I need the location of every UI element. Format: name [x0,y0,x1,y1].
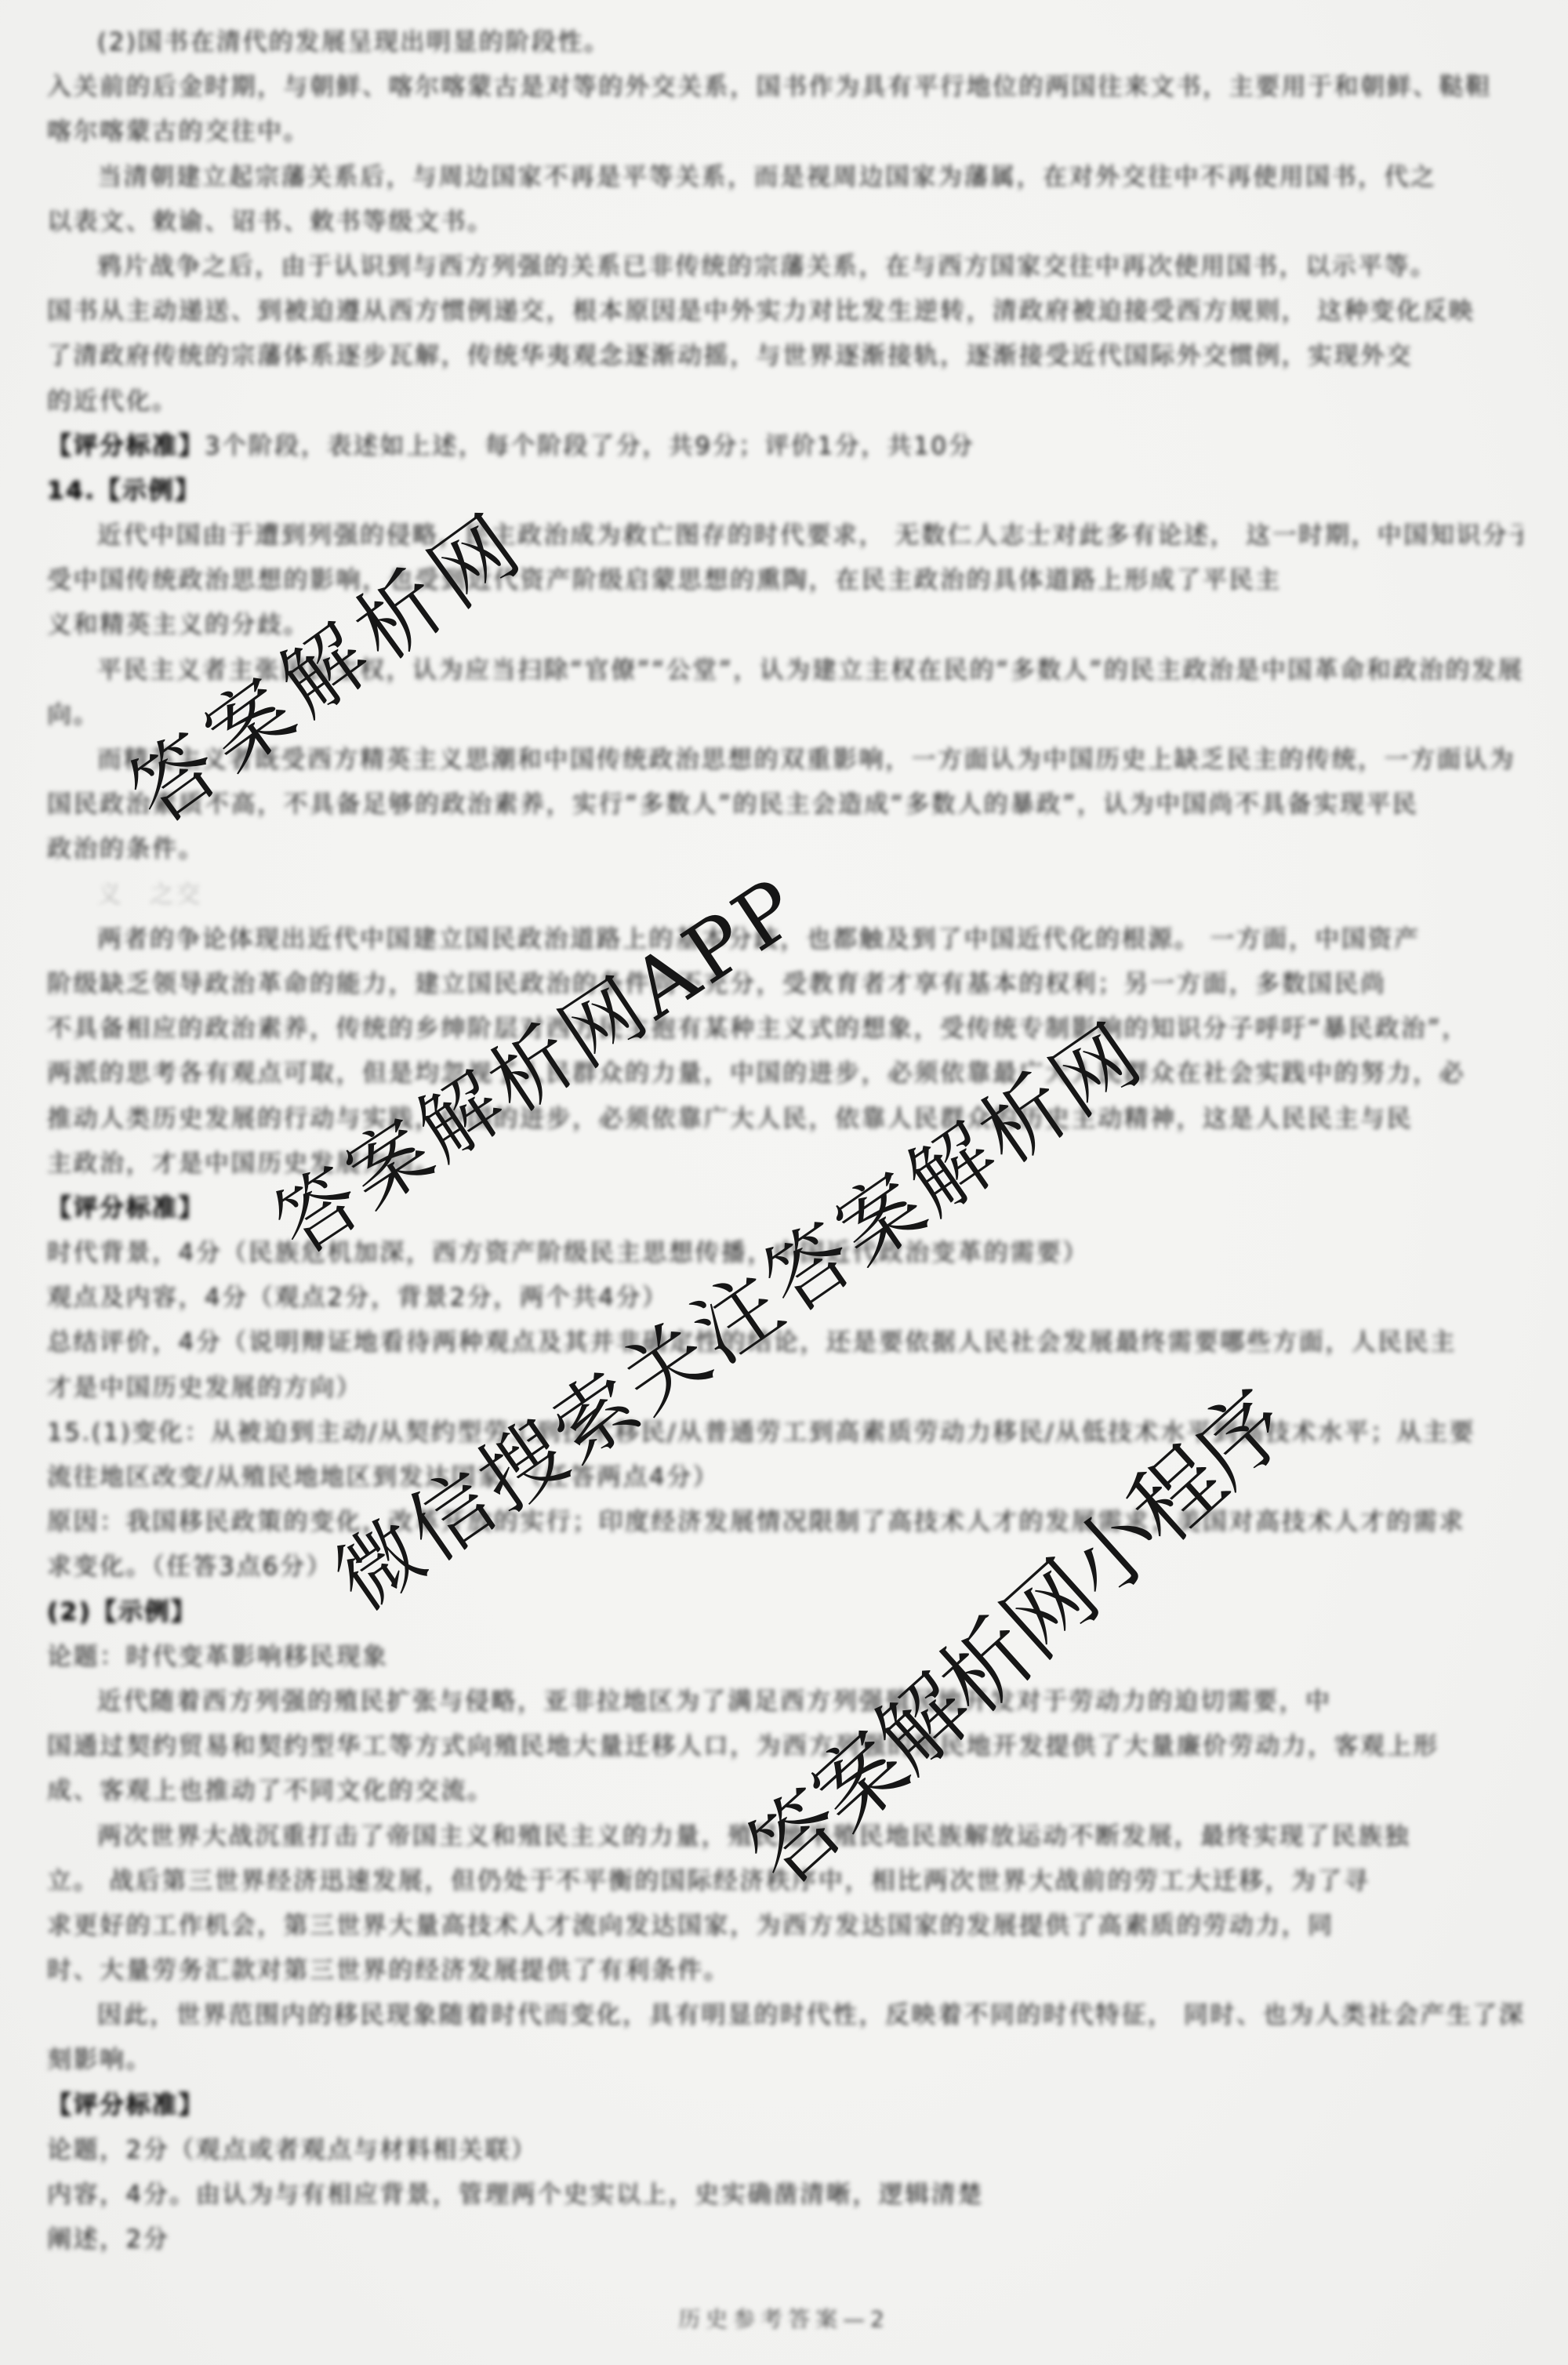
line-text: 受中国传统政治思想的影响，也受到近代资产阶级启蒙思想的熏陶，在民主政治的具体道路… [47,566,1282,594]
line-text: 政治的条件。 [47,835,205,863]
line-text: 时、大量劳务汇款对第三世界的经济发展提供了有利条件。 [47,1956,730,1985]
text-line: 15.(1)变化：从被迫到主动/从契约型劳工到技术移民/从普通劳工到高素质劳动力… [47,1411,1523,1455]
text-line: 流往地区改变/从殖民地地区到发达国家。（任答两点4分） [47,1455,1523,1500]
line-text: 论题，2分（观点或者观点与材料相关联） [47,2136,537,2164]
line-text: 以表文、敕谕、诏书、敕书等级文书。 [47,208,494,236]
text-line: 的近代化。 [47,380,1523,424]
line-text: 主政治，才是中国历史发展方向。 [47,1150,441,1178]
text-line: 国民政治素质不高，不具备足够的政治素养，实行“多数人”的民主会造成“多数人的暴政… [47,783,1523,827]
line-text: 两派的思考各有观点可取，但是均忽视了人民群众的力量，中国的进步，必须依靠最广大人… [47,1059,1465,1088]
line-text: 了清政府传统的宗藩体系逐步瓦解，传统华夷观念逐渐动摇，与世界逐渐接轨，逐渐接受近… [47,342,1413,370]
text-line: 总结评价，4分（说明辩证地看待两种观点及其并非确定性的结论，还是要依据人民社会发… [47,1321,1523,1365]
text-line: 喀尔喀蒙古的交往中。 [47,110,1523,154]
line-text: 近代随着西方列强的殖民扩张与侵略，亚非拉地区为了满足西方列强殖民地开发对于劳动力… [97,1687,1332,1716]
text-line: 主政治，才是中国历史发展方向。 [47,1142,1523,1186]
text-line: 求更好的工作机会，第三世界大量高技术人才流向发达国家，为西方发达国家的发展提供了… [47,1904,1523,1949]
text-line: 两次世界大战沉重打击了帝国主义和殖民主义的力量，殖民地半殖民地民族解放运动不断发… [47,1815,1523,1859]
line-text: 义 之交 [97,881,202,909]
line-text: 论题：时代变革影响移民现象 [47,1643,389,1671]
text-line: 【评分标准】3个阶段，表述如上述，每个阶段了分，共9分；评价1分，共10分 [47,424,1523,469]
text-line: 论题，2分（观点或者观点与材料相关联） [47,2128,1523,2173]
line-text: 15.(1)变化：从被迫到主动/从契约型劳工到技术移民/从普通劳工到高素质劳动力… [47,1419,1475,1447]
line-text: 求变化。（任答3点6分） [47,1553,332,1581]
text-line: 才是中国历史发展的方向） [47,1366,1523,1411]
text-line: 而精英主义者既受西方精英主义思潮和中国传统政治思想的双重影响，一方面认为中国历史… [47,738,1523,783]
text-line: 立。 战后第三世界经济迅速发展，但仍处于不平衡的国际经济秩序中，相比两次世界大战… [47,1859,1523,1904]
text-line: 阶级缺乏领导政治革命的能力，建立国民政治的条件尚不充分，受教育者才享有基本的权利… [47,962,1523,1007]
text-line: 近代中国由于遭到列强的侵略，民主政治成为救亡图存的时代要求， 无数仁人志士对此多… [47,514,1523,558]
text-line: 义和精英主义的分歧。 [47,603,1523,648]
line-text: 因此，世界范围内的移民现象随着时代而变化，具有明显的时代性，反映着不同的时代特征… [97,2001,1523,2029]
text-line: 求变化。（任答3点6分） [47,1545,1523,1589]
text-line: 受中国传统政治思想的影响，也受到近代资产阶级启蒙思想的熏陶，在民主政治的具体道路… [47,558,1523,603]
document-lines: (2)国书在清代的发展呈现出明显的阶段性。入关前的后金时期，与朝鲜、喀尔喀蒙古是… [47,20,1523,2262]
line-text: 刻影响。 [47,2046,152,2074]
text-line: 推动人类历史发展的行动与实践，中国的进步，必须依靠广大人民，依靠人民群众的历史主… [47,1097,1523,1142]
line-text: 而精英主义者既受西方精英主义思潮和中国传统政治思想的双重影响，一方面认为中国历史… [97,746,1515,774]
scanned-document-page: (2)国书在清代的发展呈现出明显的阶段性。入关前的后金时期，与朝鲜、喀尔喀蒙古是… [0,0,1568,2365]
section-marker: 【评分标准】 [47,1194,205,1222]
text-line: 原因：我国移民政策的变化，改革开放的实行；印度经济发展情况限制了高技术人才的发展… [47,1500,1523,1545]
text-line: 因此，世界范围内的移民现象随着时代而变化，具有明显的时代性，反映着不同的时代特征… [47,1993,1523,2038]
line-text: 才是中国历史发展的方向） [47,1374,362,1402]
line-text: 向。 [47,701,100,729]
text-line: 了清政府传统的宗藩体系逐步瓦解，传统华夷观念逐渐动摇，与世界逐渐接轨，逐渐接受近… [47,334,1523,379]
text-line: 内容，4分。由认为与有相应背景，管理两个史实以上，史实确凿清晰，逻辑清楚 [47,2173,1523,2218]
line-text: 国民政治素质不高，不具备足够的政治素养，实行“多数人”的民主会造成“多数人的暴政… [47,790,1418,819]
text-line: (2)国书在清代的发展呈现出明显的阶段性。 [47,20,1523,65]
text-line: (2)【示例】 [47,1590,1523,1635]
text-line: 【评分标准】 [47,1186,1523,1231]
text-line: 时、大量劳务汇款对第三世界的经济发展提供了有利条件。 [47,1949,1523,1993]
line-text: 阶级缺乏领导政治革命的能力，建立国民政治的条件尚不充分，受教育者才享有基本的权利… [47,970,1387,998]
text-line: 近代随着西方列强的殖民扩张与侵略，亚非拉地区为了满足西方列强殖民地开发对于劳动力… [47,1680,1523,1724]
text-line: 以表文、敕谕、诏书、敕书等级文书。 [47,200,1523,245]
section-marker: 14.【示例】 [47,477,201,505]
line-text: 当清朝建立起宗藩关系后，与周边国家不再是平等关系，而是视周边国家为藩属，在对外交… [97,163,1437,191]
line-text: 平民主义者主张国民主权，认为应当扫除“官僚”“公堂”，认为建立主权在民的“多数人… [97,656,1523,685]
line-text: 3个阶段，表述如上述，每个阶段了分，共9分；评价1分，共10分 [205,432,975,460]
text-line: 政治的条件。 [47,827,1523,872]
line-text: 喀尔喀蒙古的交往中。 [47,118,310,146]
line-text: 的近代化。 [47,387,179,416]
text-line: 平民主义者主张国民主权，认为应当扫除“官僚”“公堂”，认为建立主权在民的“多数人… [47,648,1523,693]
text-line: 刻影响。 [47,2038,1523,2083]
text-line: 两派的思考各有观点可取，但是均忽视了人民群众的力量，中国的进步，必须依靠最广大人… [47,1052,1523,1096]
text-line: 入关前的后金时期，与朝鲜、喀尔喀蒙古是对等的外交关系，国书作为具有平行地位的两国… [47,65,1523,110]
line-text: 阐述，2分 [47,2225,169,2254]
line-text: 国通过契约贸易和契约型华工等方式向殖民地大量迁移人口，为西方列强的殖民地开发提供… [47,1732,1439,1760]
line-text: 推动人类历史发展的行动与实践，中国的进步，必须依靠广大人民，依靠人民群众的历史主… [47,1105,1413,1133]
line-text: 入关前的后金时期，与朝鲜、喀尔喀蒙古是对等的外交关系，国书作为具有平行地位的两国… [47,73,1492,101]
line-text: 原因：我国移民政策的变化，改革开放的实行；印度经济发展情况限制了高技术人才的发展… [47,1508,1465,1536]
text-line: 时代背景，4分（民族危机加深，西方资产阶级民主思想传播，中国近代政治变革的需要） [47,1231,1523,1276]
text-line: 成、客观上也推动了不同文化的交流。 [47,1769,1523,1814]
line-text: 求更好的工作机会，第三世界大量高技术人才流向发达国家，为西方发达国家的发展提供了… [47,1912,1334,1940]
text-line: 论题：时代变革影响移民现象 [47,1635,1523,1680]
line-text: 两次世界大战沉重打击了帝国主义和殖民主义的力量，殖民地半殖民地民族解放运动不断发… [97,1822,1410,1851]
line-text: 近代中国由于遭到列强的侵略，民主政治成为救亡图存的时代要求， 无数仁人志士对此多… [97,521,1523,550]
page-footer: 历史参考答案—2 [0,2302,1568,2334]
line-text: 成、客观上也推动了不同文化的交流。 [47,1777,494,1805]
text-line: 阐述，2分 [47,2218,1523,2262]
line-text: 观点及内容，4分（观点2分，背景2分，两个共4分） [47,1284,668,1312]
line-text: 鸦片战争之后，由于认识到与西方列强的关系已非传统的宗藩关系，在与西方国家交往中再… [97,252,1437,281]
line-text: (2)国书在清代的发展呈现出明显的阶段性。 [97,28,610,56]
section-marker: 【评分标准】 [47,2091,205,2120]
text-line: 鸦片战争之后，由于认识到与西方列强的关系已非传统的宗藩关系，在与西方国家交往中再… [47,245,1523,289]
line-text: 总结评价，4分（说明辩证地看待两种观点及其并非确定性的结论，还是要依据人民社会发… [47,1328,1457,1357]
line-text: 不具备相应的政治素养，传统的乡绅阶层对西方民主抱有某种主义式的想象，受传统专制影… [47,1015,1468,1043]
text-line: 向。 [47,693,1523,738]
line-text: 内容，4分。由认为与有相应背景，管理两个史实以上，史实确凿清晰，逻辑清楚 [47,2181,984,2209]
text-line: 当清朝建立起宗藩关系后，与周边国家不再是平等关系，而是视周边国家为藩属，在对外交… [47,155,1523,200]
text-line: 观点及内容，4分（观点2分，背景2分，两个共4分） [47,1276,1523,1321]
text-line: 两者的争论体现出近代中国建立国民政治道路上的基本分歧，也都触及到了中国近代化的根… [47,917,1523,962]
section-marker: (2)【示例】 [47,1598,197,1626]
line-text: 国书从主动递送、到被迫遵从西方惯例递交，根本原因是中外实力对比发生逆转，清政府被… [47,297,1475,325]
line-text: 流往地区改变/从殖民地地区到发达国家。（任答两点4分） [47,1463,719,1491]
section-marker: 【评分标准】 [47,432,205,460]
text-line: 国书从主动递送、到被迫遵从西方惯例递交，根本原因是中外实力对比发生逆转，清政府被… [47,289,1523,334]
text-line: 【评分标准】 [47,2083,1523,2128]
line-text: 义和精英主义的分歧。 [47,611,310,639]
text-line: 14.【示例】 [47,469,1523,514]
text-line: 不具备相应的政治素养，传统的乡绅阶层对西方民主抱有某种主义式的想象，受传统专制影… [47,1007,1523,1052]
line-text: 两者的争论体现出近代中国建立国民政治道路上的基本分歧，也都触及到了中国近代化的根… [97,925,1420,954]
text-line: 义 之交 [47,873,1523,917]
line-text: 立。 战后第三世界经济迅速发展，但仍处于不平衡的国际经济秩序中，相比两次世界大战… [47,1867,1370,1895]
line-text: 时代背景，4分（民族危机加深，西方资产阶级民主思想传播，中国近代政治变革的需要） [47,1239,1089,1267]
text-line: 国通过契约贸易和契约型华工等方式向殖民地大量迁移人口，为西方列强的殖民地开发提供… [47,1724,1523,1769]
